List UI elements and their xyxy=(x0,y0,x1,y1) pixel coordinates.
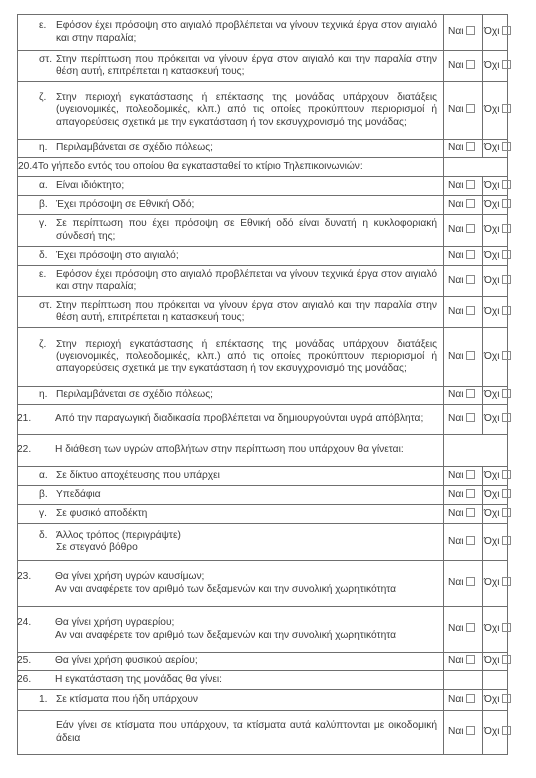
table-row: 25.Θα γίνει χρήση φυσικού αερίου;ΝαιΌχι xyxy=(18,653,508,671)
no-option-checkbox[interactable] xyxy=(502,536,511,545)
question-cell: Εάν γίνει σε κτίσματα που υπάρχουν, τα κ… xyxy=(18,711,444,755)
question-cell: 22.Η διάθεση των υγρών αποβλήτων στην πε… xyxy=(18,435,444,467)
yes-option-cell: Ναι xyxy=(444,177,483,196)
question-number: γ. xyxy=(39,508,56,520)
no-option-checkbox[interactable] xyxy=(502,413,511,422)
no-option-label: Όχι xyxy=(484,536,500,547)
question-cell: ε.Εφόσον έχει πρόσοψη στο αιγιαλό προβλέ… xyxy=(18,15,444,51)
question-cell: γ.Σε φυσικό αποδέκτη xyxy=(18,505,444,524)
no-option-cell: Όχι xyxy=(483,467,508,486)
no-option-label: Όχι xyxy=(484,726,500,737)
no-option-label: Όχι xyxy=(484,26,500,37)
question-text: Στην περιοχή εγκατάστασης ή επέκτασης τη… xyxy=(56,339,437,374)
question-text: Υπεδάφια xyxy=(56,489,101,500)
no-option-cell: Όχι xyxy=(483,505,508,524)
no-option-checkbox[interactable] xyxy=(502,489,511,498)
table-row: α.Σε δίκτυο αποχέτευσης που υπάρχειΝαιΌχ… xyxy=(18,467,508,486)
no-option-cell: Όχι xyxy=(483,607,508,653)
question-cell: δ.Άλλος τρόπος (περιγράψτε)Σε στεγανό βό… xyxy=(18,524,444,561)
yes-option-checkbox[interactable] xyxy=(466,389,475,398)
question-subtext: Αν ναι αναφέρετε τον αριθμό των δεξαμενώ… xyxy=(55,630,437,642)
no-option-cell: Όχι xyxy=(483,486,508,505)
table-row: 22.Η διάθεση των υγρών αποβλήτων στην πε… xyxy=(18,435,508,467)
table-row: η.Περιλαμβάνεται σε σχέδιο πόλεως;ΝαιΌχι xyxy=(18,387,508,405)
yes-option-label: Ναι xyxy=(448,536,464,547)
question-cell: δ.Έχει πρόσοψη στο αιγιαλό; xyxy=(18,247,444,266)
no-option-checkbox[interactable] xyxy=(502,389,511,398)
question-cell: α.Σε δίκτυο αποχέτευσης που υπάρχει xyxy=(18,467,444,486)
yes-option-label: Ναι xyxy=(448,508,464,519)
question-number: 26. xyxy=(17,674,55,686)
yes-option-checkbox[interactable] xyxy=(466,180,475,189)
yes-option-checkbox[interactable] xyxy=(466,142,475,151)
no-option-label: Όχι xyxy=(484,623,500,634)
no-option-label: Όχι xyxy=(484,142,500,153)
question-text: Θα γίνει χρήση υγραερίου; xyxy=(55,617,174,628)
yes-option-checkbox[interactable] xyxy=(466,60,475,69)
yes-option-cell: Ναι xyxy=(444,328,483,387)
yes-option-label: Ναι xyxy=(448,142,464,153)
question-text: Σε κτίσματα που ήδη υπάρχουν xyxy=(56,694,198,705)
no-option-cell: Όχι xyxy=(483,405,508,435)
empty-answer-cell xyxy=(483,671,508,690)
questionnaire-table: ε.Εφόσον έχει πρόσοψη στο αιγιαλό προβλέ… xyxy=(17,14,508,755)
question-text: Έχει πρόσοψη σε Εθνική Οδό; xyxy=(56,199,194,210)
no-option-label: Όχι xyxy=(484,351,500,362)
question-number: γ. xyxy=(39,218,56,242)
no-option-checkbox[interactable] xyxy=(502,508,511,517)
question-text: Εφόσον έχει πρόσοψη στο αιγιαλό προβλέπε… xyxy=(56,20,437,43)
no-option-checkbox[interactable] xyxy=(502,26,511,35)
question-number: ζ. xyxy=(39,92,56,129)
table-row: στ.Στην περίπτωση που πρόκειται να γίνου… xyxy=(18,297,508,328)
table-row: ε.Εφόσον έχει πρόσοψη στο αιγιαλό προβλέ… xyxy=(18,266,508,297)
question-cell: η.Περιλαμβάνεται σε σχέδιο πόλεως; xyxy=(18,140,444,158)
yes-option-label: Ναι xyxy=(448,351,464,362)
yes-option-checkbox[interactable] xyxy=(466,413,475,422)
no-option-cell: Όχι xyxy=(483,140,508,158)
no-option-checkbox[interactable] xyxy=(502,180,511,189)
question-text: Άλλος τρόπος (περιγράψτε) xyxy=(56,530,181,541)
yes-option-cell: Ναι xyxy=(444,711,483,755)
yes-option-cell: Ναι xyxy=(444,467,483,486)
no-option-cell: Όχι xyxy=(483,561,508,607)
question-number: 1. xyxy=(39,694,56,706)
question-cell: στ.Στην περίπτωση που πρόκειται να γίνου… xyxy=(18,297,444,328)
yes-option-checkbox[interactable] xyxy=(466,694,475,703)
table-row: β.ΥπεδάφιαΝαιΌχι xyxy=(18,486,508,505)
question-number xyxy=(39,720,56,744)
question-subtext: Σε στεγανό βόθρο xyxy=(56,542,437,554)
question-cell: 23.Θα γίνει χρήση υγρών καυσίμων;Αν ναι … xyxy=(18,561,444,607)
yes-option-label: Ναι xyxy=(448,694,464,705)
question-cell: β.Έχει πρόσοψη σε Εθνική Οδό; xyxy=(18,196,444,215)
question-number: β. xyxy=(39,199,56,211)
table-row: ζ.Στην περιοχή εγκατάστασης ή επέκτασης … xyxy=(18,328,508,387)
no-option-checkbox[interactable] xyxy=(502,470,511,479)
question-cell: 24.Θα γίνει χρήση υγραερίου;Αν ναι αναφέ… xyxy=(18,607,444,653)
yes-option-cell: Ναι xyxy=(444,387,483,405)
yes-option-checkbox[interactable] xyxy=(466,726,475,735)
yes-option-checkbox[interactable] xyxy=(466,224,475,233)
yes-option-checkbox[interactable] xyxy=(466,577,475,586)
table-row: 20.4Το γήπεδο εντός του οποίου θα εγκατα… xyxy=(18,158,508,177)
yes-option-checkbox[interactable] xyxy=(466,306,475,315)
question-number: 21. xyxy=(17,413,55,425)
question-text: Θα γίνει χρήση υγρών καυσίμων; xyxy=(55,571,204,582)
yes-option-label: Ναι xyxy=(448,104,464,115)
yes-option-cell: Ναι xyxy=(444,690,483,711)
question-cell: 26.Η εγκατάσταση της μονάδας θα γίνει: xyxy=(18,671,444,690)
no-option-cell: Όχι xyxy=(483,51,508,82)
table-row: στ.Στην περίπτωση που πρόκειται να γίνου… xyxy=(18,51,508,82)
question-cell: 20.4Το γήπεδο εντός του οποίου θα εγκατα… xyxy=(18,158,444,177)
yes-option-checkbox[interactable] xyxy=(466,250,475,259)
question-text: Στην περίπτωση που πρόκειται να γίνουν έ… xyxy=(56,300,437,323)
question-number: ε. xyxy=(39,20,56,44)
question-text: Στην περιοχή εγκατάστασης ή επέκτασης τη… xyxy=(56,92,437,127)
yes-option-cell: Ναι xyxy=(444,247,483,266)
question-number: α. xyxy=(39,180,56,192)
question-text: Σε περίπτωση που έχει πρόσοψη σε Εθνική … xyxy=(56,218,437,241)
question-text: Σε φυσικό αποδέκτη xyxy=(56,508,147,519)
table-row: β.Έχει πρόσοψη σε Εθνική Οδό;ΝαιΌχι xyxy=(18,196,508,215)
question-cell: η.Περιλαμβάνεται σε σχέδιο πόλεως; xyxy=(18,387,444,405)
yes-option-cell: Ναι xyxy=(444,607,483,653)
question-cell: γ.Σε περίπτωση που έχει πρόσοψη σε Εθνικ… xyxy=(18,215,444,247)
question-cell: α.Είναι ιδιόκτητο; xyxy=(18,177,444,196)
yes-option-label: Ναι xyxy=(448,224,464,235)
yes-option-cell: Ναι xyxy=(444,51,483,82)
table-row: η.Περιλαμβάνεται σε σχέδιο πόλεως;ΝαιΌχι xyxy=(18,140,508,158)
question-number: 24. xyxy=(17,617,55,641)
yes-option-label: Ναι xyxy=(448,199,464,210)
question-number: η. xyxy=(39,142,56,154)
yes-option-checkbox[interactable] xyxy=(466,623,475,632)
no-option-label: Όχι xyxy=(484,389,500,400)
question-text: Σε δίκτυο αποχέτευσης που υπάρχει xyxy=(56,470,220,481)
yes-option-cell: Ναι xyxy=(444,196,483,215)
yes-option-cell: Ναι xyxy=(444,266,483,297)
table-row: ζ.Στην περιοχή εγκατάστασης ή επέκτασης … xyxy=(18,82,508,140)
question-number: δ. xyxy=(39,530,56,554)
question-number: α. xyxy=(39,470,56,482)
question-text: Θα γίνει χρήση φυσικού αερίου; xyxy=(55,655,198,666)
question-text: Το γήπεδο εντός του οποίου θα εγκατασταθ… xyxy=(38,161,363,172)
yes-option-label: Ναι xyxy=(448,655,464,666)
question-cell: στ.Στην περίπτωση που πρόκειται να γίνου… xyxy=(18,51,444,82)
yes-option-checkbox[interactable] xyxy=(466,104,475,113)
yes-option-cell: Ναι xyxy=(444,15,483,51)
yes-option-cell: Ναι xyxy=(444,405,483,435)
table-row: δ.Άλλος τρόπος (περιγράψτε)Σε στεγανό βό… xyxy=(18,524,508,561)
no-option-label: Όχι xyxy=(484,104,500,115)
table-row: 1.Σε κτίσματα που ήδη υπάρχουνΝαιΌχι xyxy=(18,690,508,711)
yes-option-label: Ναι xyxy=(448,180,464,191)
no-option-label: Όχι xyxy=(484,694,500,705)
no-option-label: Όχι xyxy=(484,489,500,500)
no-option-checkbox[interactable] xyxy=(502,199,511,208)
yes-option-label: Ναι xyxy=(448,413,464,424)
no-option-cell: Όχι xyxy=(483,297,508,328)
table-row: 21.Από την παραγωγική διαδικασία προβλέπ… xyxy=(18,405,508,435)
no-option-cell: Όχι xyxy=(483,690,508,711)
question-text: Από την παραγωγική διαδικασία προβλέπετα… xyxy=(55,413,423,424)
empty-answer-cell xyxy=(444,671,483,690)
no-option-checkbox[interactable] xyxy=(502,224,511,233)
no-option-cell: Όχι xyxy=(483,15,508,51)
no-option-label: Όχι xyxy=(484,306,500,317)
question-number: η. xyxy=(39,389,56,401)
yes-option-checkbox[interactable] xyxy=(466,26,475,35)
yes-option-checkbox[interactable] xyxy=(466,655,475,664)
yes-option-label: Ναι xyxy=(448,470,464,481)
question-cell: 21.Από την παραγωγική διαδικασία προβλέπ… xyxy=(18,405,444,435)
no-option-cell: Όχι xyxy=(483,653,508,671)
question-number: β. xyxy=(39,489,56,501)
yes-option-cell: Ναι xyxy=(444,297,483,328)
yes-option-checkbox[interactable] xyxy=(466,508,475,517)
yes-option-cell: Ναι xyxy=(444,653,483,671)
yes-option-checkbox[interactable] xyxy=(466,351,475,360)
yes-option-label: Ναι xyxy=(448,489,464,500)
no-option-cell: Όχι xyxy=(483,247,508,266)
question-number: 23. xyxy=(17,571,55,595)
table-row: δ.Έχει πρόσοψη στο αιγιαλό;ΝαιΌχι xyxy=(18,247,508,266)
yes-option-label: Ναι xyxy=(448,577,464,588)
table-row: γ.Σε φυσικό αποδέκτηΝαιΌχι xyxy=(18,505,508,524)
question-cell: ζ.Στην περιοχή εγκατάστασης ή επέκτασης … xyxy=(18,82,444,140)
no-option-cell: Όχι xyxy=(483,177,508,196)
question-cell: 25.Θα γίνει χρήση φυσικού αερίου; xyxy=(18,653,444,671)
no-option-label: Όχι xyxy=(484,577,500,588)
question-text: Έχει πρόσοψη στο αιγιαλό; xyxy=(56,250,179,261)
table-row: ε.Εφόσον έχει πρόσοψη στο αιγιαλό προβλέ… xyxy=(18,15,508,51)
no-option-checkbox[interactable] xyxy=(502,60,511,69)
question-number: ζ. xyxy=(39,339,56,376)
yes-option-cell: Ναι xyxy=(444,486,483,505)
question-number: στ. xyxy=(39,54,56,78)
empty-answer-cell xyxy=(444,158,508,177)
no-option-checkbox[interactable] xyxy=(502,577,511,586)
question-number: 20.4 xyxy=(18,161,38,173)
no-option-label: Όχι xyxy=(484,60,500,71)
no-option-checkbox[interactable] xyxy=(502,726,511,735)
no-option-checkbox[interactable] xyxy=(502,142,511,151)
question-number: ε. xyxy=(39,269,56,293)
table-row: 23.Θα γίνει χρήση υγρών καυσίμων;Αν ναι … xyxy=(18,561,508,607)
no-option-label: Όχι xyxy=(484,508,500,519)
question-number: στ. xyxy=(39,300,56,324)
no-option-cell: Όχι xyxy=(483,711,508,755)
yes-option-label: Ναι xyxy=(448,306,464,317)
question-text: Εάν γίνει σε κτίσματα που υπάρχουν, τα κ… xyxy=(56,720,437,743)
no-option-cell: Όχι xyxy=(483,266,508,297)
question-cell: ζ.Στην περιοχή εγκατάστασης ή επέκτασης … xyxy=(18,328,444,387)
no-option-checkbox[interactable] xyxy=(502,306,511,315)
yes-option-checkbox[interactable] xyxy=(466,536,475,545)
yes-option-label: Ναι xyxy=(448,623,464,634)
question-cell: β.Υπεδάφια xyxy=(18,486,444,505)
question-cell: ε.Εφόσον έχει πρόσοψη στο αιγιαλό προβλέ… xyxy=(18,266,444,297)
no-option-checkbox[interactable] xyxy=(502,351,511,360)
no-option-cell: Όχι xyxy=(483,328,508,387)
no-option-cell: Όχι xyxy=(483,215,508,247)
yes-option-label: Ναι xyxy=(448,726,464,737)
no-option-checkbox[interactable] xyxy=(502,655,511,664)
yes-option-cell: Ναι xyxy=(444,561,483,607)
no-option-label: Όχι xyxy=(484,250,500,261)
yes-option-cell: Ναι xyxy=(444,140,483,158)
no-option-checkbox[interactable] xyxy=(502,694,511,703)
table-row: Εάν γίνει σε κτίσματα που υπάρχουν, τα κ… xyxy=(18,711,508,755)
yes-option-cell: Ναι xyxy=(444,505,483,524)
yes-option-checkbox[interactable] xyxy=(466,275,475,284)
yes-option-label: Ναι xyxy=(448,275,464,286)
no-option-label: Όχι xyxy=(484,413,500,424)
no-option-cell: Όχι xyxy=(483,82,508,140)
table-row: 24.Θα γίνει χρήση υγραερίου;Αν ναι αναφέ… xyxy=(18,607,508,653)
table-row: γ.Σε περίπτωση που έχει πρόσοψη σε Εθνικ… xyxy=(18,215,508,247)
question-number: δ. xyxy=(39,250,56,262)
empty-answer-cell xyxy=(444,435,508,467)
question-text: Περιλαμβάνεται σε σχέδιο πόλεως; xyxy=(56,389,213,400)
table-row: α.Είναι ιδιόκτητο;ΝαιΌχι xyxy=(18,177,508,196)
yes-option-label: Ναι xyxy=(448,60,464,71)
yes-option-checkbox[interactable] xyxy=(466,199,475,208)
yes-option-checkbox[interactable] xyxy=(466,470,475,479)
yes-option-checkbox[interactable] xyxy=(466,489,475,498)
question-text: Η εγκατάσταση της μονάδας θα γίνει: xyxy=(55,674,222,685)
yes-option-label: Ναι xyxy=(448,250,464,261)
no-option-label: Όχι xyxy=(484,199,500,210)
question-subtext: Αν ναι αναφέρετε τον αριθμό των δεξαμενώ… xyxy=(55,584,437,596)
no-option-checkbox[interactable] xyxy=(502,250,511,259)
yes-option-cell: Ναι xyxy=(444,82,483,140)
question-text: Είναι ιδιόκτητο; xyxy=(56,180,124,191)
no-option-label: Όχι xyxy=(484,275,500,286)
question-number: 25. xyxy=(17,655,55,667)
no-option-cell: Όχι xyxy=(483,196,508,215)
question-text: Περιλαμβάνεται σε σχέδιο πόλεως; xyxy=(56,142,213,153)
no-option-label: Όχι xyxy=(484,470,500,481)
yes-option-label: Ναι xyxy=(448,389,464,400)
no-option-checkbox[interactable] xyxy=(502,623,511,632)
yes-option-label: Ναι xyxy=(448,26,464,37)
no-option-checkbox[interactable] xyxy=(502,104,511,113)
yes-option-cell: Ναι xyxy=(444,524,483,561)
no-option-checkbox[interactable] xyxy=(502,275,511,284)
question-text: Στην περίπτωση που πρόκειται να γίνουν έ… xyxy=(56,54,437,77)
table-row: 26.Η εγκατάσταση της μονάδας θα γίνει: xyxy=(18,671,508,690)
question-text: Εφόσον έχει πρόσοψη στο αιγιαλό προβλέπε… xyxy=(56,269,437,292)
no-option-label: Όχι xyxy=(484,180,500,191)
no-option-cell: Όχι xyxy=(483,387,508,405)
no-option-label: Όχι xyxy=(484,655,500,666)
yes-option-cell: Ναι xyxy=(444,215,483,247)
question-number: 22. xyxy=(17,444,55,456)
no-option-label: Όχι xyxy=(484,224,500,235)
no-option-cell: Όχι xyxy=(483,524,508,561)
question-cell: 1.Σε κτίσματα που ήδη υπάρχουν xyxy=(18,690,444,711)
question-text: Η διάθεση των υγρών αποβλήτων στην περίπ… xyxy=(55,444,404,455)
